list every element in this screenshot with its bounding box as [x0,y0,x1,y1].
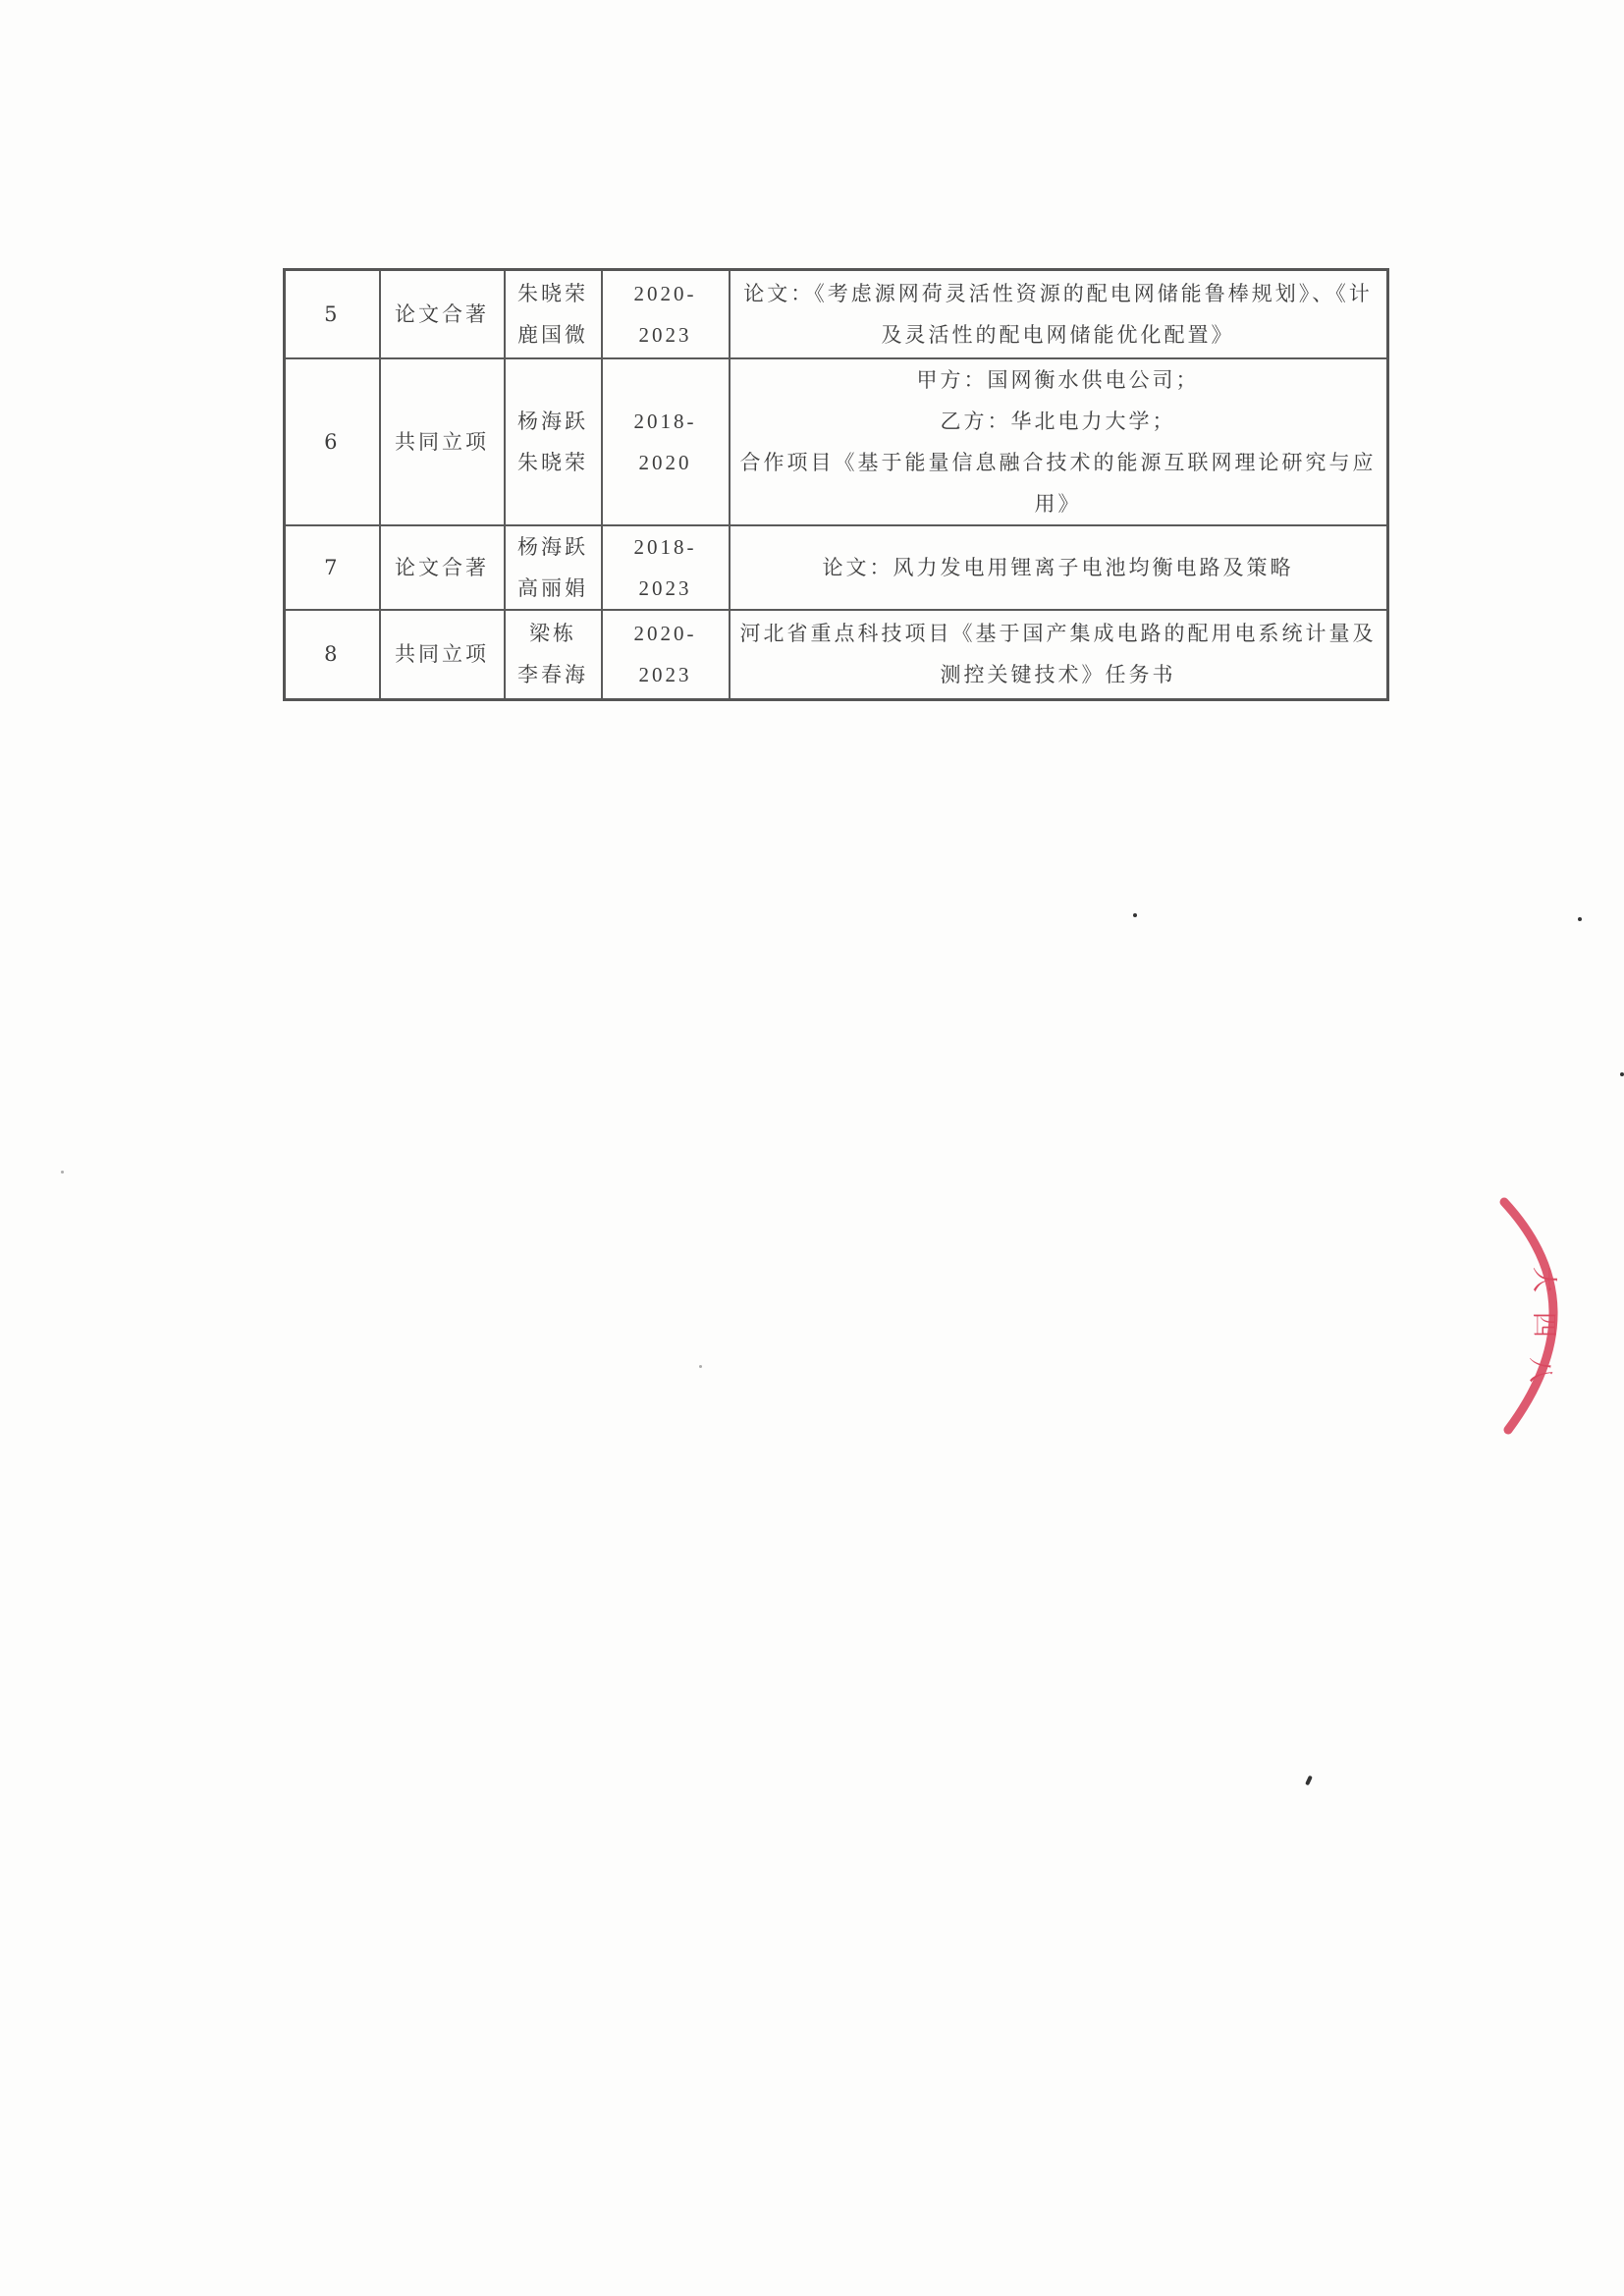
persons-cell: 杨海跃 朱晓荣 [505,358,602,525]
year-end: 2023 [613,314,719,355]
content-cell: 论文：风力发电用锂离子电池均衡电路及策略 [730,525,1388,610]
row-index: 6 [285,358,380,525]
persons-cell: 梁栋 李春海 [505,610,602,700]
scan-speck [1133,913,1137,917]
content-line: 合作项目《基于能量信息融合技术的能源互联网理论研究与应 [740,442,1377,483]
table-row: 6 共同立项 杨海跃 朱晓荣 2018- 2020 甲方：国网衡水供电公司； 乙… [285,358,1388,525]
person-name: 朱晓荣 [515,273,591,314]
scan-speck [1578,917,1582,921]
cooperation-table: 5 论文合著 朱晓荣 鹿国微 2020- 2023 论文：《考虑源网荷灵活性资源… [283,268,1389,701]
content-line: 论文：风力发电用锂离子电池均衡电路及策略 [740,547,1377,588]
table-row: 7 论文合著 杨海跃 高丽娟 2018- 2023 论文：风力发电用锂离子电池均… [285,525,1388,610]
row-index: 8 [285,610,380,700]
scan-speck [1305,1776,1313,1786]
person-name: 朱晓荣 [515,442,591,483]
cooperation-type: 论文合著 [380,270,505,358]
row-index: 7 [285,525,380,610]
person-name: 李春海 [515,654,591,695]
year-end: 2020 [613,442,719,483]
year-end: 2023 [613,654,719,695]
content-line: 乙方：华北电力大学； [740,401,1377,442]
scan-speck [699,1365,702,1368]
scan-speck [1620,1072,1624,1076]
red-seal-stamp: 大 四 八 [1483,1188,1624,1444]
years-cell: 2018- 2023 [602,525,730,610]
person-name: 杨海跃 [515,526,591,568]
content-cell: 河北省重点科技项目《基于国产集成电路的配用电系统计量及 测控关键技术》任务书 [730,610,1388,700]
year-start: 2020- [613,613,719,654]
content-line: 测控关键技术》任务书 [740,654,1377,695]
persons-cell: 杨海跃 高丽娟 [505,525,602,610]
person-name: 鹿国微 [515,314,591,355]
content-line: 甲方：国网衡水供电公司； [740,359,1377,401]
scan-speck [61,1171,64,1174]
seal-char: 四 [1529,1312,1558,1338]
scanned-page: 5 论文合著 朱晓荣 鹿国微 2020- 2023 论文：《考虑源网荷灵活性资源… [0,0,1624,2296]
content-line: 河北省重点科技项目《基于国产集成电路的配用电系统计量及 [740,613,1377,654]
persons-cell: 朱晓荣 鹿国微 [505,270,602,358]
year-end: 2023 [613,568,719,609]
cooperation-type: 共同立项 [380,358,505,525]
person-name: 梁栋 [515,613,591,654]
person-name: 高丽娟 [515,568,591,609]
table-row: 5 论文合著 朱晓荣 鹿国微 2020- 2023 论文：《考虑源网荷灵活性资源… [285,270,1388,358]
years-cell: 2018- 2020 [602,358,730,525]
cooperation-type: 共同立项 [380,610,505,700]
row-index: 5 [285,270,380,358]
seal-char: 大 [1529,1267,1558,1292]
content-line: 及灵活性的配电网储能优化配置》 [740,314,1377,355]
content-cell: 论文：《考虑源网荷灵活性资源的配电网储能鲁棒规划》、《计 及灵活性的配电网储能优… [730,270,1388,358]
table-row: 8 共同立项 梁栋 李春海 2020- 2023 河北省重点科技项目《基于国产集… [285,610,1388,700]
years-cell: 2020- 2023 [602,270,730,358]
seal-char: 八 [1525,1357,1554,1383]
person-name: 杨海跃 [515,401,591,442]
cooperation-type: 论文合著 [380,525,505,610]
content-cell: 甲方：国网衡水供电公司； 乙方：华北电力大学； 合作项目《基于能量信息融合技术的… [730,358,1388,525]
year-start: 2018- [613,526,719,568]
year-start: 2020- [613,273,719,314]
content-line: 论文：《考虑源网荷灵活性资源的配电网储能鲁棒规划》、《计 [740,273,1377,314]
year-start: 2018- [613,401,719,442]
years-cell: 2020- 2023 [602,610,730,700]
content-line: 用》 [740,483,1377,524]
